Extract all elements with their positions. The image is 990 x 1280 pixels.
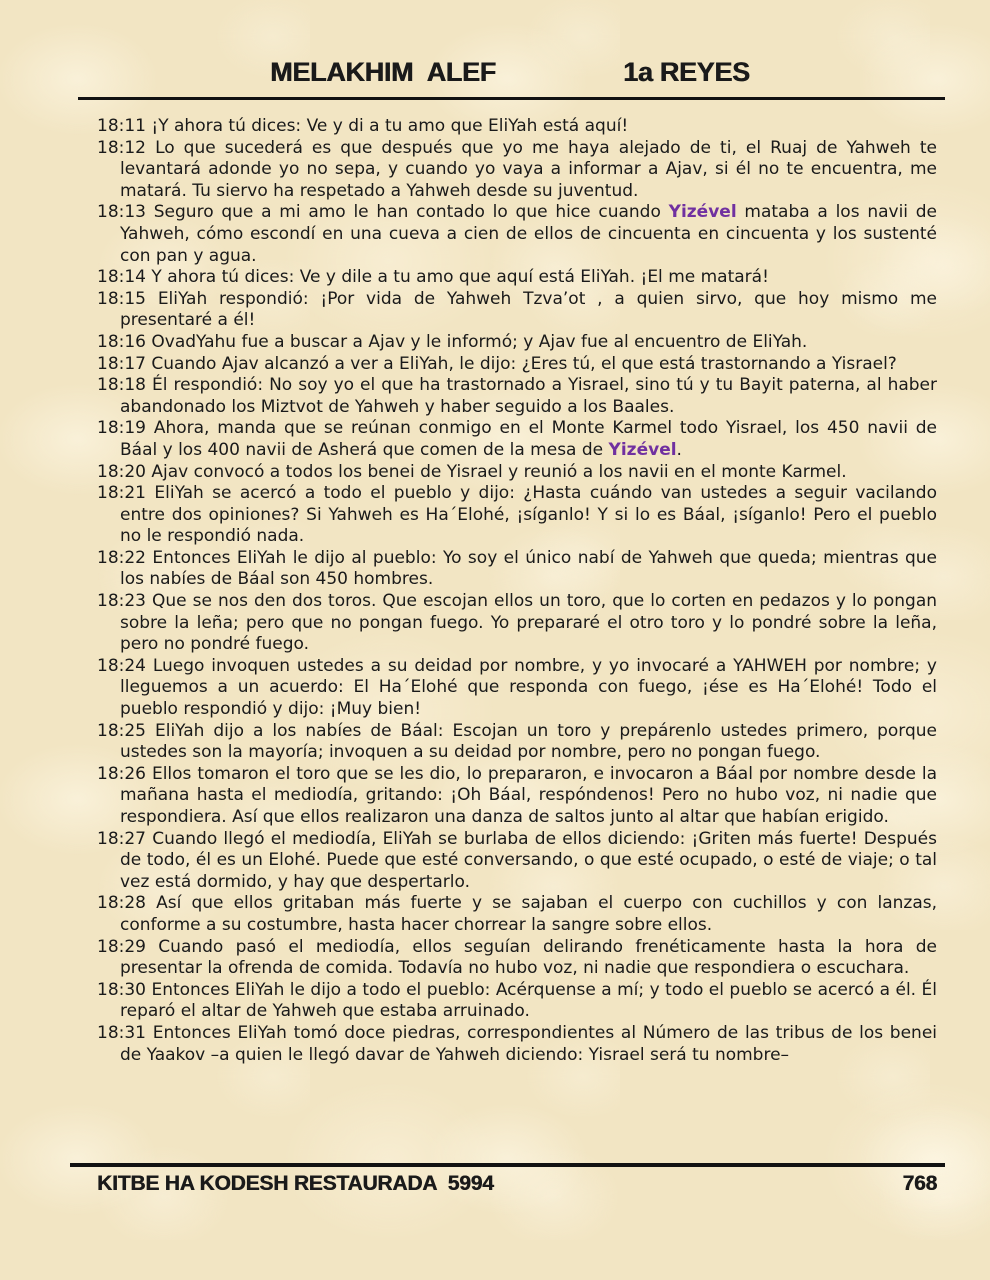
page-title-hebrew: MELAKHIM ALEF bbox=[270, 57, 496, 88]
verse-number: 18:28 bbox=[97, 893, 146, 913]
verse: 18:23 Que se nos den dos toros. Que esco… bbox=[97, 591, 937, 656]
verse-text: EliYah respondió: ¡Por vida de Yahweh Tz… bbox=[120, 289, 937, 331]
verse-text: . bbox=[677, 440, 682, 460]
verse-number: 18:23 bbox=[97, 591, 146, 611]
verse-text: Entonces EliYah le dijo al pueblo: Yo so… bbox=[120, 548, 937, 590]
verse: 18:19 Ahora, manda que se reúnan conmigo… bbox=[97, 418, 937, 461]
verse-text: Cuando Ajav alcanzó a ver a EliYah, le d… bbox=[151, 354, 896, 374]
scripture-page: MELAKHIM ALEF 1a REYES 18:11 ¡Y ahora tú… bbox=[0, 0, 990, 1280]
verse: 18:18 Él respondió: No soy yo el que ha … bbox=[97, 375, 937, 418]
verse: 18:25 EliYah dijo a los nabíes de Báal: … bbox=[97, 721, 937, 764]
verse-text: Cuando pasó el mediodía, ellos seguían d… bbox=[120, 937, 937, 979]
page-number: 768 bbox=[903, 1172, 937, 1196]
verse: 18:24 Luego invoquen ustedes a su deidad… bbox=[97, 656, 937, 721]
verse-text: Seguro que a mi amo le han contado lo qu… bbox=[154, 202, 669, 222]
verse-number: 18:11 bbox=[97, 116, 146, 136]
verse-text: Entonces EliYah le dijo a todo el pueblo… bbox=[120, 980, 937, 1022]
verse-number: 18:30 bbox=[97, 980, 146, 1000]
verse: 18:22 Entonces EliYah le dijo al pueblo:… bbox=[97, 548, 937, 591]
verse-number: 18:19 bbox=[97, 418, 146, 438]
verse: 18:27 Cuando llegó el mediodía, EliYah s… bbox=[97, 829, 937, 894]
verse-number: 18:20 bbox=[97, 462, 146, 482]
verse-text: Ahora, manda que se reúnan conmigo en el… bbox=[120, 418, 937, 460]
verse-number: 18:14 bbox=[97, 267, 146, 287]
verse-number: 18:27 bbox=[97, 829, 146, 849]
verse-text: EliYah se acercó a todo el pueblo y dijo… bbox=[120, 483, 937, 546]
verse: 18:21 EliYah se acercó a todo el pueblo … bbox=[97, 483, 937, 548]
verse-text: Y ahora tú dices: Ve y dile a tu amo que… bbox=[151, 267, 769, 287]
verse-text: Que se nos den dos toros. Que escojan el… bbox=[120, 591, 937, 654]
verse-text: EliYah dijo a los nabíes de Báal: Escoja… bbox=[120, 721, 937, 763]
verse: 18:14 Y ahora tú dices: Ve y dile a tu a… bbox=[97, 267, 937, 289]
verse-number: 18:16 bbox=[97, 332, 146, 352]
verse-number: 18:15 bbox=[97, 289, 146, 309]
verse: 18:16 OvadYahu fue a buscar a Ajav y le … bbox=[97, 332, 937, 354]
verse-text: Lo que sucederá es que después que yo me… bbox=[120, 138, 937, 201]
verse-number: 18:29 bbox=[97, 937, 146, 957]
verse-number: 18:26 bbox=[97, 764, 146, 784]
verse: 18:11 ¡Y ahora tú dices: Ve y di a tu am… bbox=[97, 116, 937, 138]
verse-number: 18:13 bbox=[97, 202, 146, 222]
verse: 18:17 Cuando Ajav alcanzó a ver a EliYah… bbox=[97, 354, 937, 376]
verse-list: 18:11 ¡Y ahora tú dices: Ve y di a tu am… bbox=[97, 116, 937, 1066]
page-footer: KITBE HA KODESH RESTAURADA 5994 768 bbox=[97, 1172, 937, 1196]
verse-number: 18:17 bbox=[97, 354, 146, 374]
footer-divider bbox=[70, 1163, 945, 1167]
verse-text: Cuando llegó el mediodía, EliYah se burl… bbox=[120, 829, 937, 892]
verse: 18:31 Entonces EliYah tomó doce piedras,… bbox=[97, 1023, 937, 1066]
verse-text: Así que ellos gritaban más fuerte y se s… bbox=[120, 893, 937, 935]
verse-text: Ajav convocó a todos los benei de Yisrae… bbox=[151, 462, 846, 482]
verse-number: 18:25 bbox=[97, 721, 146, 741]
verse: 18:26 Ellos tomaron el toro que se les d… bbox=[97, 764, 937, 829]
verse: 18:20 Ajav convocó a todos los benei de … bbox=[97, 462, 937, 484]
verse-number: 18:22 bbox=[97, 548, 146, 568]
highlighted-name: Yizével bbox=[609, 440, 677, 460]
verse-number: 18:21 bbox=[97, 483, 146, 503]
verse: 18:29 Cuando pasó el mediodía, ellos seg… bbox=[97, 937, 937, 980]
verse-number: 18:18 bbox=[97, 375, 146, 395]
verse-number: 18:24 bbox=[97, 656, 146, 676]
page-title-spanish: 1a REYES bbox=[623, 57, 750, 88]
verse-text: ¡Y ahora tú dices: Ve y di a tu amo que … bbox=[151, 116, 628, 136]
verse-text: Entonces EliYah tomó doce piedras, corre… bbox=[120, 1023, 937, 1065]
verse-number: 18:12 bbox=[97, 138, 146, 158]
header-divider bbox=[78, 97, 945, 100]
verse: 18:28 Así que ellos gritaban más fuerte … bbox=[97, 893, 937, 936]
verse-text: Él respondió: No soy yo el que ha trasto… bbox=[120, 375, 937, 417]
verse-text: OvadYahu fue a buscar a Ajav y le inform… bbox=[151, 332, 807, 352]
verse: 18:30 Entonces EliYah le dijo a todo el … bbox=[97, 980, 937, 1023]
verse-number: 18:31 bbox=[97, 1023, 146, 1043]
highlighted-name: Yizével bbox=[669, 202, 737, 222]
verse-text: Luego invoquen ustedes a su deidad por n… bbox=[120, 656, 937, 719]
verse-text: Ellos tomaron el toro que se les dio, lo… bbox=[120, 764, 937, 827]
verse: 18:12 Lo que sucederá es que después que… bbox=[97, 138, 937, 203]
verse: 18:13 Seguro que a mi amo le han contado… bbox=[97, 202, 937, 267]
edition-title: KITBE HA KODESH RESTAURADA 5994 bbox=[97, 1172, 494, 1196]
verse: 18:15 EliYah respondió: ¡Por vida de Yah… bbox=[97, 289, 937, 332]
